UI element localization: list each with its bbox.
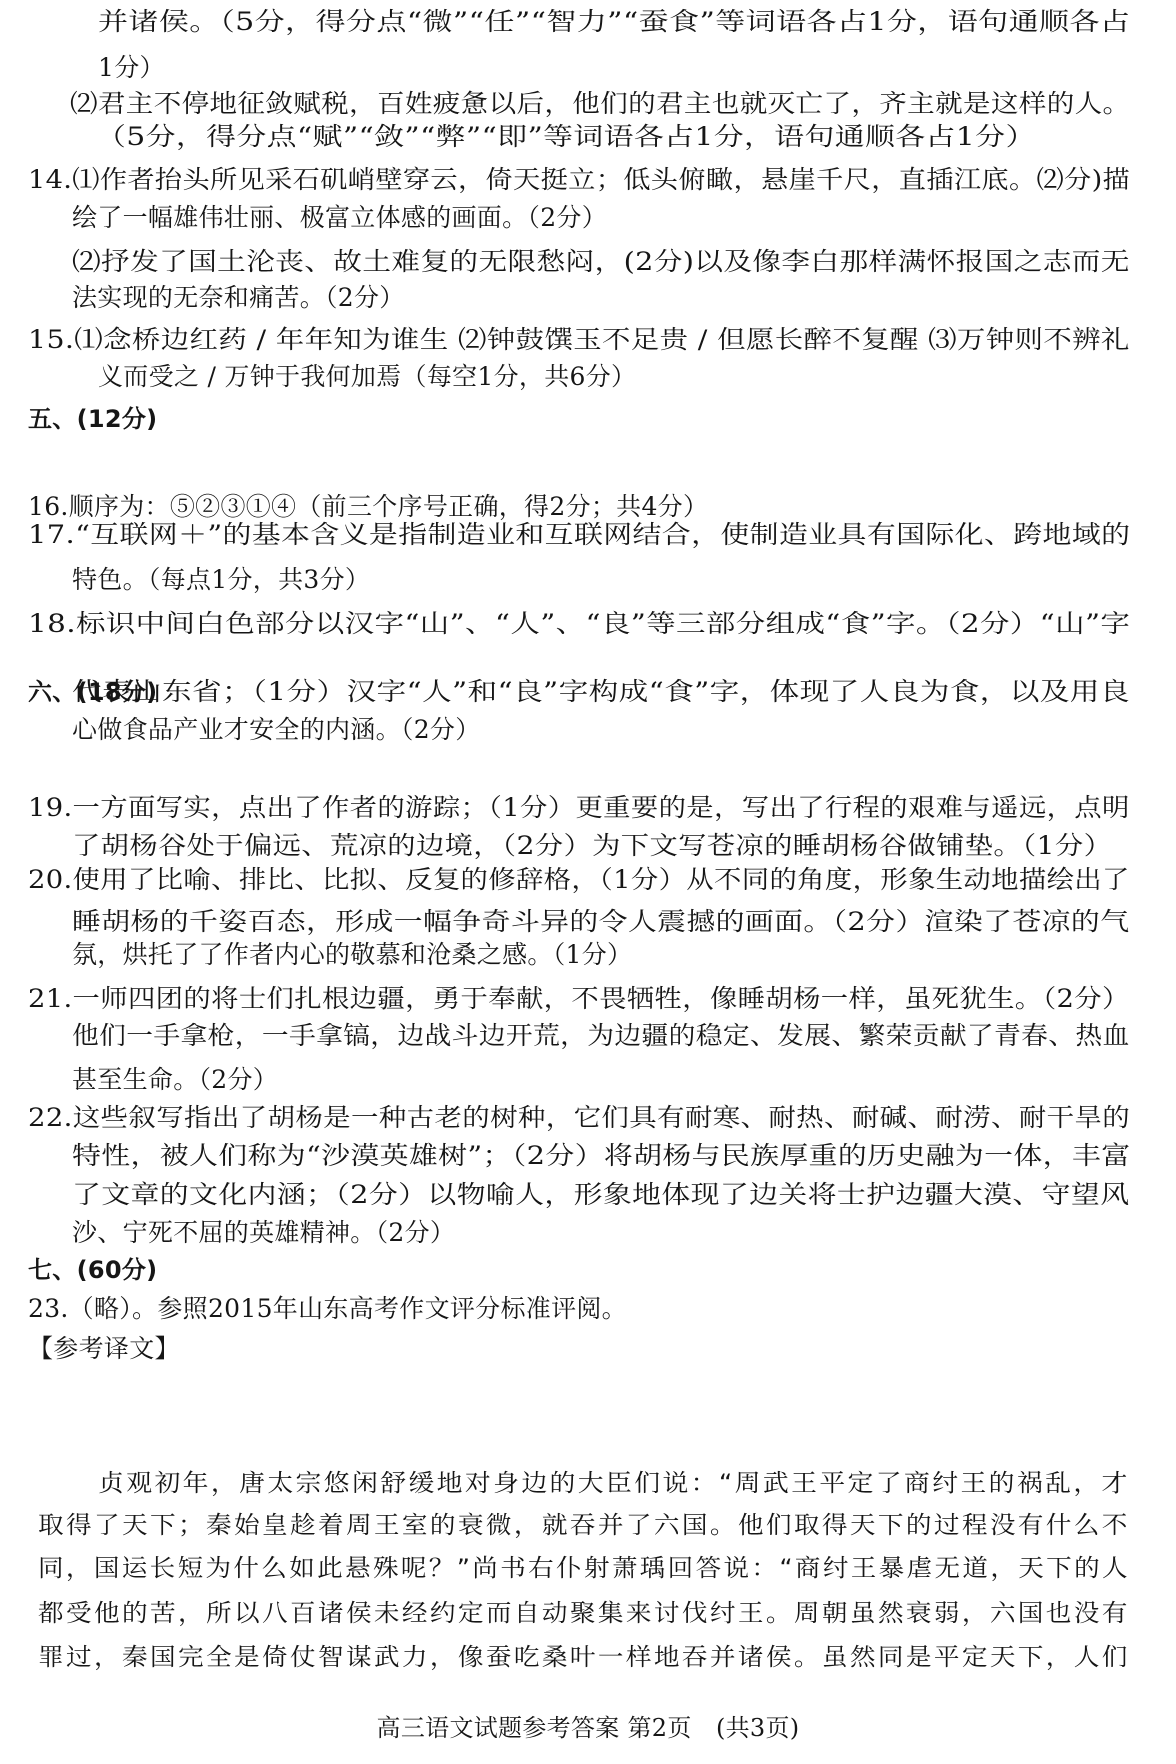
text-line: 特性，被人们称为“沙漠英雄树”；（2分）将胡杨与民族厚重的历史融为一体，丰富 [72,1140,1130,1172]
text-line: 特色。（每点1分，共3分） [72,564,370,596]
section-heading: 七、(60分) [28,1254,157,1286]
text-line: ⑵抒发了国土沦丧、故土难复的无限愁闷，(2分)以及像李白那样满怀报国之志而无 [72,246,1130,278]
text-line: 19.一方面写实，点出了作者的游踪；（1分）更重要的是，写出了行程的艰难与遥远，… [28,792,1130,824]
section-heading: 六、(18分) [28,676,157,708]
answer-key-page: 并诸侯。（5分，得分点“微”“任”“智力”“蚕食”等词语各占1分，语句通顺各占1… [0,0,1176,1764]
text-line: 心做食品产业才安全的内涵。（2分） [72,714,481,746]
text-line: ⑵君主不停地征敛赋税，百姓疲惫以后，他们的君主也就灭亡了，齐主就是这样的人。 [70,88,1130,120]
text-line: 21.一师四团的将士们扎根边疆，勇于奉献，不畏牺牲，像睡胡杨一样，虽死犹生。（2… [28,983,1130,1015]
text-line: 甚至生命。（2分） [72,1064,278,1096]
text-line: 法实现的无奈和痛苦。（2分） [72,282,405,314]
text-line: 他们一手拿枪，一手拿镐，边战斗边开荒，为边疆的稳定、发展、繁荣贡献了青春、热血 [72,1020,1130,1052]
text-line: 了文章的文化内涵；（2分）以物喻人，形象地体现了边关将士护边疆大漠、守望风 [72,1179,1129,1211]
text-line: 23.（略）。参照2015年山东高考作文评分标准评阅。 [28,1293,627,1325]
text-line: 22.这些叙写指出了胡杨是一种古老的树种，它们具有耐寒、耐热、耐碱、耐涝、耐干旱… [28,1102,1130,1134]
text-line: 了胡杨谷处于偏远、荒凉的边境，（2分）为下文写苍凉的睡胡杨谷做铺垫。（1分） [72,830,1112,862]
text-line: 氛，烘托了了作者内心的敬慕和沧桑之感。（1分） [72,939,632,971]
text-line: 20.使用了比喻、排比、比拟、反复的修辞格，（1分）从不同的角度，形象生动地描绘… [28,864,1130,896]
text-line: 1分） [98,52,165,84]
translation-line: 都受他的苦，所以八百诸侯未经约定而自动聚集来讨伐纣王。周朝虽然衰弱，六国也没有 [38,1597,1130,1629]
text-line: 14.⑴作者抬头所见采石矶峭壁穿云，倚天挺立；低头俯瞰，悬崖千尺，直插江底。⑵分… [28,164,1130,196]
text-line: 【参考译文】 [28,1333,180,1365]
text-line: 17.“互联网＋”的基本含义是指制造业和互联网结合，使制造业具有国际化、跨地域的 [28,519,1130,551]
translation-line: 同，国运长短为什么如此悬殊呢？”尚书右仆射萧瑀回答说：“商纣王暴虐无道，天下的人 [38,1552,1130,1584]
text-line: 15.⑴念桥边红药 / 年年知为谁生 ⑵钟鼓馔玉不足贵 / 但愿长醉不复醒 ⑶万… [28,324,1130,356]
text-line: 代表山东省；（1分）汉字“人”和“良”字构成“食”字，体现了人良为食，以及用良 [72,676,1130,708]
translation-line: 取得了天下；秦始皇趁着周王室的衰微，就吞并了六国。他们取得天下的过程没有什么不 [38,1509,1130,1541]
text-line: （5分，得分点“赋”“敛”“弊”“即”等词语各占1分，语句通顺各占1分） [96,121,1036,153]
text-line: 义而受之 / 万钟于我何加焉（每空1分，共6分） [98,361,636,393]
text-line: 睡胡杨的千姿百态，形成一幅争奇斗异的令人震撼的画面。（2分）渲染了苍凉的气 [72,906,1129,938]
text-line: 并诸侯。（5分，得分点“微”“任”“智力”“蚕食”等词语各占1分，语句通顺各占 [98,6,1130,38]
section-heading: 五、(12分) [28,403,157,435]
translation-line: 罪过，秦国完全是倚仗智谋武力，像蚕吃桑叶一样地吞并诸侯。虽然同是平定天下，人们 [38,1641,1130,1673]
page-footer: 高三语文试题参考答案 第2页 (共3页) [0,1712,1176,1744]
text-line: 绘了一幅雄伟壮丽、极富立体感的画面。（2分） [72,202,607,234]
text-line: 18.标识中间白色部分以汉字“山”、“人”、“良”等三部分组成“食”字。（2分）… [28,608,1130,640]
translation-line: 贞观初年，唐太宗悠闲舒缓地对身边的大臣们说：“周武王平定了商纣王的祸乱，才 [98,1467,1130,1499]
text-line: 沙、宁死不屈的英雄精神。（2分） [72,1217,455,1249]
